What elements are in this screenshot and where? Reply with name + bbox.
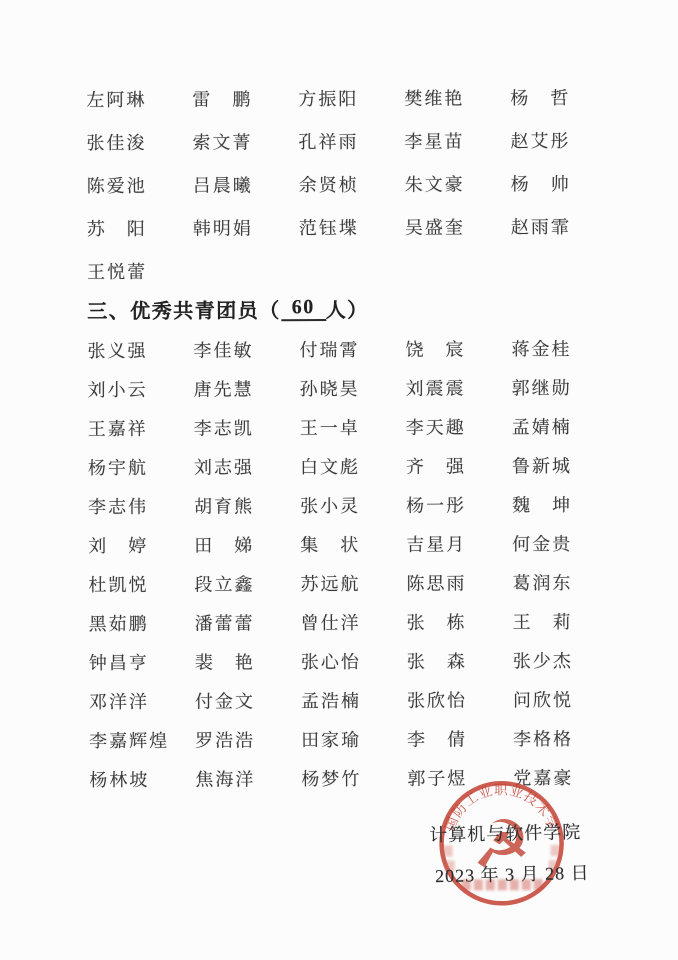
roster-row: 刘 婷田 娣集 状吉星月何金贵: [88, 523, 678, 565]
member-name: 田 娣: [194, 531, 300, 557]
member-name: 张义强: [87, 336, 193, 362]
member-name: 饶 宸: [405, 335, 511, 361]
member-name: 王一卓: [300, 413, 406, 439]
member-name: 郭继勋: [512, 373, 618, 399]
member-name: 赵雨霏: [511, 212, 617, 238]
page-content: 左阿琳雷 鹏方振阳樊维艳杨 哲张佳浚索文菁孔祥雨李星苗赵艾彤陈爱池吕晨曦余贤桢朱…: [0, 0, 678, 960]
member-name: 李志凯: [194, 414, 300, 440]
member-name: 刘志强: [194, 453, 300, 479]
member-name: 孟浩楠: [301, 686, 407, 712]
member-name: 李格格: [513, 724, 619, 750]
member-name: 杨一彤: [406, 491, 512, 517]
member-name: 韩明娟: [193, 214, 299, 240]
member-name: 陈爱池: [87, 171, 193, 197]
signing-organization: 计算机与软件学院: [429, 817, 620, 847]
roster-row: 邓洋洋付金文孟浩楠张欣怡问欣悦: [89, 679, 678, 721]
roster-row: 杨宇航刘志强白文彪齐 强鲁新城: [88, 445, 678, 487]
member-name: 李志伟: [88, 492, 194, 518]
member-name: 孟婧楠: [512, 412, 618, 438]
heading-prefix: 三、优秀共青团员（: [87, 294, 281, 324]
roster-row: 李志伟胡育熊张小灵杨一彤魏 坤: [88, 484, 678, 526]
member-name: 潘蕾蕾: [195, 609, 301, 635]
roster-row: 李嘉辉煌罗浩浩田家瑜李 倩李格格: [89, 718, 678, 760]
member-name: 杜凯悦: [88, 570, 194, 596]
roster-continued-section: 左阿琳雷 鹏方振阳樊维艳杨 哲张佳浚索文菁孔祥雨李星苗赵艾彤陈爱池吕晨曦余贤桢朱…: [86, 0, 677, 292]
roster-row: 刘小云唐先慧孙晓昊刘震震郭继勋: [88, 367, 678, 409]
member-name: 魏 坤: [512, 490, 618, 516]
member-name: 裴 艳: [195, 648, 301, 674]
member-name: 葛润东: [512, 568, 618, 594]
member-name: 雷 鹏: [192, 85, 298, 111]
member-name: 张心怡: [301, 647, 407, 673]
member-name: 李 倩: [407, 725, 513, 751]
roster-row: 杨林坡焦海洋杨梦竹郭子煜党嘉豪: [89, 757, 678, 799]
roster-row: 左阿琳雷 鹏方振阳樊维艳杨 哲: [86, 75, 676, 121]
member-name: 何金贵: [512, 529, 618, 555]
heading-suffix: 人）: [326, 293, 369, 322]
member-name: 邓洋洋: [89, 687, 195, 713]
member-name: 左阿琳: [86, 85, 192, 111]
roster-team-members-section: 张义强李佳敏付瑞霄饶 宸蒋金桂刘小云唐先慧孙晓昊刘震震郭继勋王嘉祥李志凯王一卓李…: [87, 328, 678, 799]
member-name: 白文彪: [300, 452, 406, 478]
roster-row: 王嘉祥李志凯王一卓李天趣孟婧楠: [88, 406, 678, 448]
member-name: 段立鑫: [194, 570, 300, 596]
member-name: 齐 强: [406, 452, 512, 478]
member-name: 曾仕洋: [301, 608, 407, 634]
member-name: 李天趣: [406, 413, 512, 439]
member-name: 胡育熊: [194, 492, 300, 518]
roster-row: 黑茹鹏潘蕾蕾曾仕洋张 栋王 莉: [89, 601, 678, 643]
member-name: 唐先慧: [194, 375, 300, 401]
member-name: 刘 婷: [88, 531, 194, 557]
member-name: 李星苗: [404, 127, 510, 153]
member-name: 樊维艳: [404, 84, 510, 110]
member-name: 索文菁: [192, 128, 298, 154]
member-name: 陈思雨: [406, 569, 512, 595]
member-name: 焦海洋: [195, 765, 301, 791]
roster-row: 张佳浚索文菁孔祥雨李星苗赵艾彤: [86, 118, 676, 164]
section-heading: 三、优秀共青团员（60人）: [87, 294, 677, 323]
member-name: 张 森: [407, 647, 513, 673]
member-name: 张少杰: [513, 646, 619, 672]
member-name: 黑茹鹏: [89, 609, 195, 635]
member-name: 张小灵: [300, 491, 406, 517]
member-name: 吴盛奎: [405, 213, 511, 239]
member-name: 苏远航: [300, 569, 406, 595]
member-name: 孔祥雨: [298, 127, 404, 153]
member-name: 张 栋: [407, 608, 513, 634]
roster-row: 钟昌亨裴 艳张心怡张 森张少杰: [89, 640, 678, 682]
signing-date: 2023 年 3 月 28 日: [435, 858, 621, 888]
member-name: 张欣怡: [407, 686, 513, 712]
member-name: 范钰堞: [299, 213, 405, 239]
member-name: 李佳敏: [193, 336, 299, 362]
member-name: 朱文豪: [405, 170, 511, 196]
member-name: 鲁新城: [512, 451, 618, 477]
roster-row: 王悦蕾: [87, 247, 677, 293]
heading-count-underlined: 60: [281, 296, 326, 321]
member-name: 王悦蕾: [87, 257, 193, 283]
roster-row: 张义强李佳敏付瑞霄饶 宸蒋金桂: [87, 328, 677, 370]
member-name: 王嘉祥: [88, 414, 194, 440]
member-name: 蒋金桂: [511, 334, 617, 360]
roster-row: 苏 阳韩明娟范钰堞吴盛奎赵雨霏: [87, 204, 677, 250]
member-name: 张佳浚: [86, 128, 192, 154]
member-name: 集 状: [300, 530, 406, 556]
member-name: 刘小云: [88, 375, 194, 401]
member-name: 杨梦竹: [301, 764, 407, 790]
member-name: 孙晓昊: [300, 374, 406, 400]
member-name: 付金文: [195, 687, 301, 713]
member-name: 付瑞霄: [299, 335, 405, 361]
member-name: 吕晨曦: [193, 171, 299, 197]
member-name: 罗浩浩: [195, 726, 301, 752]
member-name: 问欣悦: [513, 685, 619, 711]
roster-row: 杜凯悦段立鑫苏远航陈思雨葛润东: [88, 562, 678, 604]
member-name: 李嘉辉煌: [89, 726, 195, 752]
member-name: 苏 阳: [87, 214, 193, 240]
member-name: 吉星月: [406, 530, 512, 556]
roster-row: 陈爱池吕晨曦余贤桢朱文豪杨 帅: [87, 161, 677, 207]
member-name: 杨宇航: [88, 453, 194, 479]
member-name: 杨 帅: [511, 169, 617, 195]
member-name: 杨林坡: [89, 765, 195, 791]
member-name: 钟昌亨: [89, 648, 195, 674]
member-name: 田家瑜: [301, 725, 407, 751]
member-name: 赵艾彤: [510, 126, 616, 152]
signature-block: 计算机与软件学院 2023 年 3 月 28 日: [429, 817, 620, 888]
member-name: 王 莉: [513, 607, 619, 633]
member-name: 杨 哲: [510, 83, 616, 109]
member-name: 方振阳: [298, 84, 404, 110]
scanned-document-page: 左阿琳雷 鹏方振阳樊维艳杨 哲张佳浚索文菁孔祥雨李星苗赵艾彤陈爱池吕晨曦余贤桢朱…: [0, 0, 678, 960]
member-name: 刘震震: [406, 374, 512, 400]
member-name: 余贤桢: [299, 170, 405, 196]
